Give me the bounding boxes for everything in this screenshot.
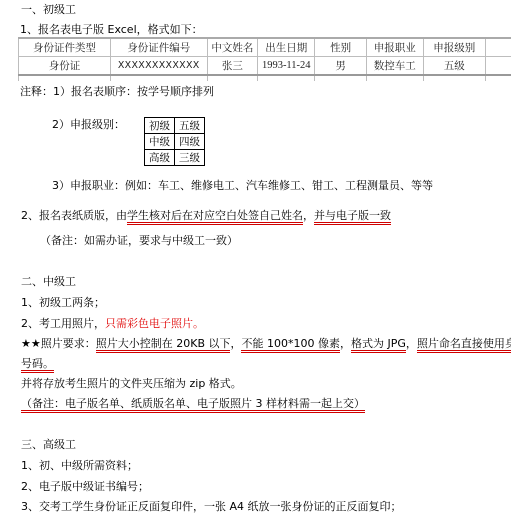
item3-suffix: 复印件，一张 A4 纸放一张身份证的正反面复印；: [160, 500, 402, 513]
excel-header-level: 申报级别: [423, 38, 485, 57]
excel-cell-name: 张三: [207, 57, 258, 76]
section1-item1: 1、报名表电子版 Excel，格式如下：: [20, 23, 203, 37]
section2-item2: 2、考工用照片，只需彩色电子照片。: [21, 317, 204, 331]
excel-cell-id-type: 身份证: [19, 57, 111, 76]
section2-heading: 二、中级工: [21, 275, 76, 289]
zip-instruction: 并将存放考生照片的文件夹压缩为 zip 格式。: [21, 377, 242, 391]
separator: ，: [340, 337, 351, 350]
item2-prefix: 2、考工用照片，: [21, 317, 105, 330]
color-photo-note: 只需彩色电子照片。: [105, 317, 204, 330]
grade-cell: 四级: [175, 134, 205, 150]
photo-req-label: ★★照片要求：: [21, 337, 96, 350]
section3-item3: 3、交考工学生身份证正反面复印件，一张 A4 纸放一张身份证的正反面复印；: [21, 500, 402, 513]
excel-header-gender: 性别: [315, 38, 367, 57]
photo-requirements-cont: 号码。: [21, 357, 54, 371]
grade-cell: 初级: [145, 118, 175, 134]
separator: ，: [303, 209, 314, 222]
item2-underlined-sign: 学生核对后在对应空白处签自己姓名: [127, 209, 303, 225]
separator: ，: [406, 337, 417, 350]
grade-cell: 三级: [175, 150, 205, 166]
section1-item2: 2、报名表纸质版，由学生核对后在对应空白处签自己姓名，并与电子版一致: [21, 209, 391, 223]
submission-remark: （备注：电子版名单、纸质版名单、电子版照片 3 样材料需一起上交）: [21, 397, 365, 413]
note-level-label: 2）申报级别：: [52, 118, 125, 132]
item2-underlined-match: 并与电子版一致: [314, 209, 391, 225]
excel-header-name: 中文姓名: [207, 38, 258, 57]
grade-level-table: 初级 五级 中级 四级 高级 三级: [144, 117, 205, 166]
photo-req-naming: 照片命名直接使用身份证: [417, 337, 511, 353]
item3-underlined-both-sides: 正反面: [127, 500, 160, 513]
excel-header-birthdate: 出生日期: [258, 38, 315, 57]
separator: ，: [230, 337, 241, 350]
excel-cell-id-number: XXXXXXXXXXXX: [110, 57, 207, 76]
excel-empty-cell: [485, 57, 511, 76]
photo-req-size: 照片大小控制在 20KB 以下: [96, 337, 231, 353]
excel-cell-birthdate: 1993-11-24: [258, 57, 315, 76]
grade-cell: 五级: [175, 118, 205, 134]
photo-req-naming-cont: 号码。: [21, 357, 54, 373]
excel-format-table: 身份证件类型 身份证件编号 中文姓名 出生日期 性别 申报职业 申报级别 身份证…: [18, 37, 511, 81]
section3-item2: 2、电子版中级证书编号；: [21, 480, 149, 494]
photo-req-pixels: 不能 100*100 像素: [241, 337, 339, 353]
note-occupation: 3）申报职业：例如：车工、维修电工、汽车维修工、钳工、工程测量员、等等: [52, 179, 433, 193]
note-order: 注释：1）报名表顺序：按学号顺序排列: [20, 85, 214, 99]
photo-requirements: ★★照片要求：照片大小控制在 20KB 以下，不能 100*100 像素，格式为…: [21, 337, 511, 351]
section3-item1: 1、初、中级所需资料；: [21, 459, 138, 473]
grade-cell: 高级: [145, 150, 175, 166]
item3-prefix: 3、交考工学生身份证: [21, 500, 127, 513]
excel-cell-level: 五级: [423, 57, 485, 76]
section2-remark: （备注：电子版名单、纸质版名单、电子版照片 3 样材料需一起上交）: [21, 397, 365, 411]
section3-heading: 三、高级工: [21, 438, 76, 452]
excel-header-id-type: 身份证件类型: [19, 38, 111, 57]
section2-item1: 1、初级工两条；: [21, 296, 105, 310]
excel-header-id-number: 身份证件编号: [110, 38, 207, 57]
photo-req-format: 格式为 JPG: [351, 337, 406, 353]
excel-header-occupation: 申报职业: [367, 38, 424, 57]
item2-prefix: 2、报名表纸质版，由: [21, 209, 127, 222]
excel-cell-occupation: 数控车工: [367, 57, 424, 76]
section1-remark: （备注：如需办证，要求与中级工一致）: [40, 234, 238, 248]
excel-cell-gender: 男: [315, 57, 367, 76]
excel-empty-cell: [485, 38, 511, 57]
grade-cell: 中级: [145, 134, 175, 150]
section1-heading: 一、初级工: [21, 3, 76, 17]
